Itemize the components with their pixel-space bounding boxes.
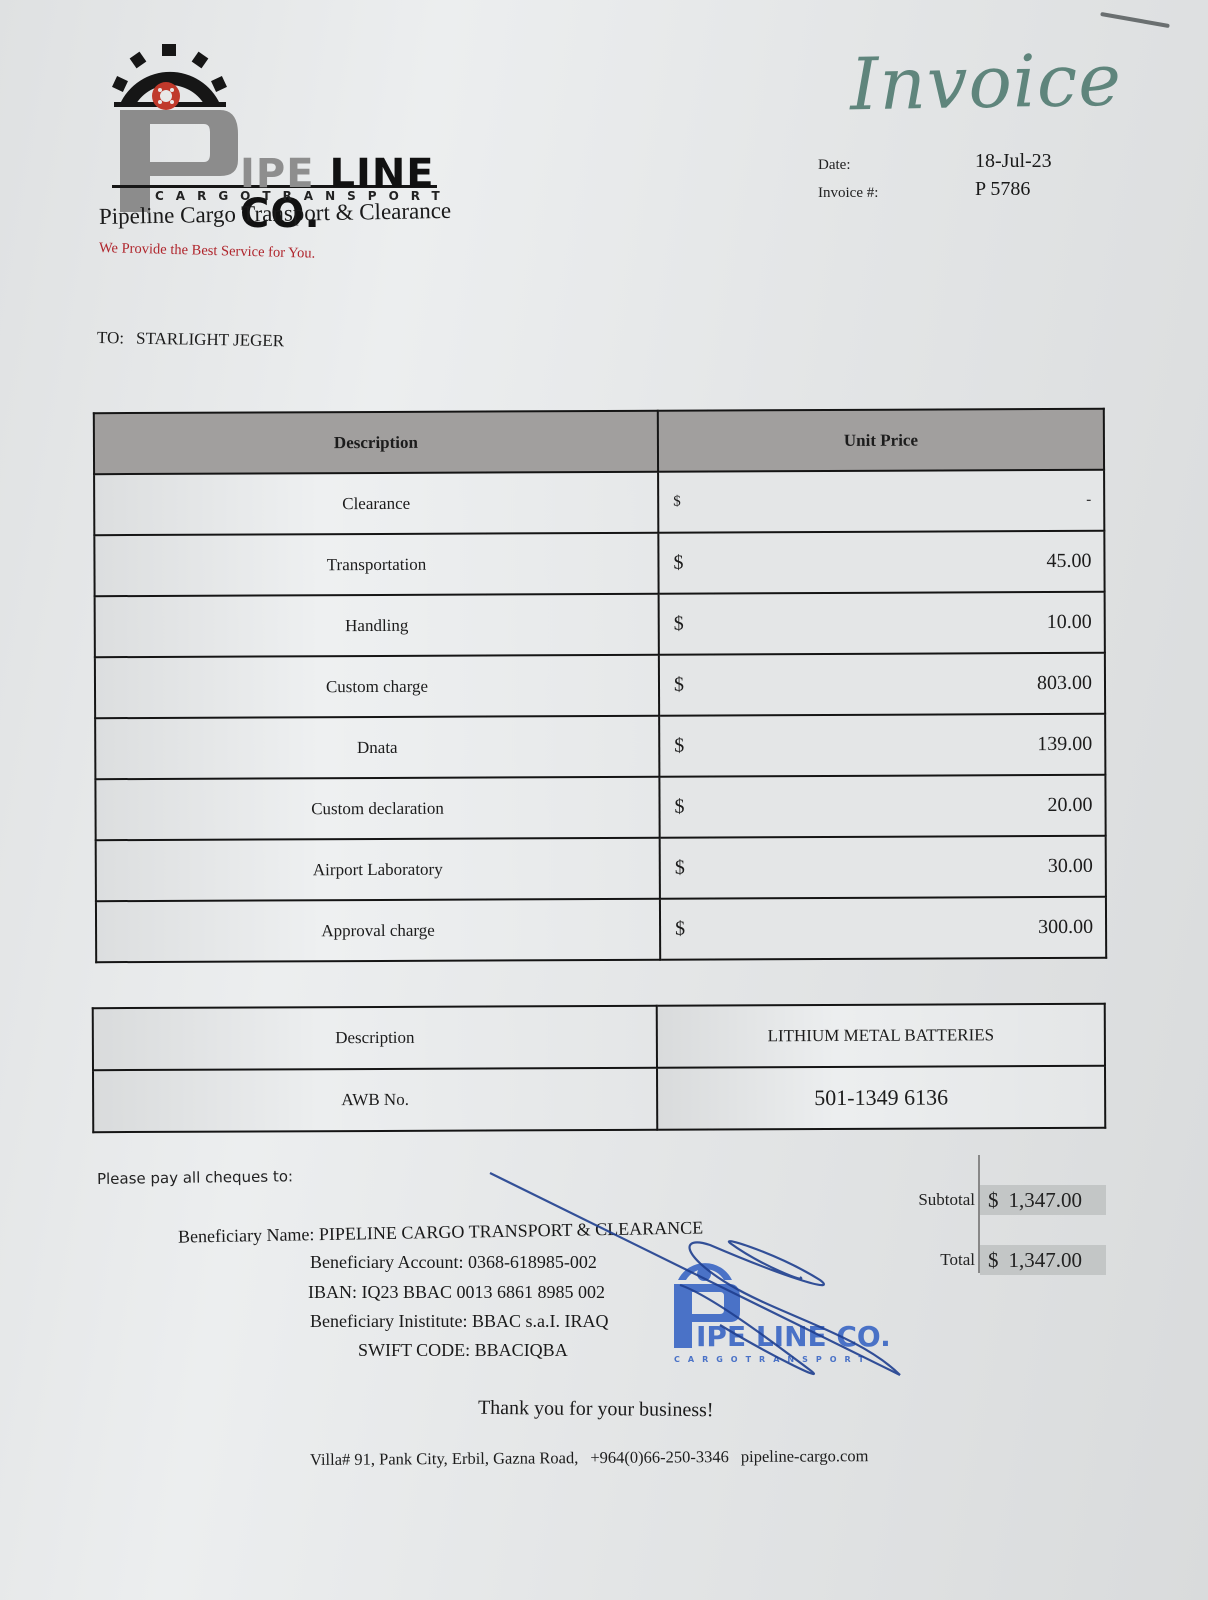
awb-number: 501-1349 6136 (657, 1066, 1105, 1130)
line-item-amount: - (1086, 492, 1091, 509)
awb-label: AWB No. (93, 1068, 657, 1132)
line-item-amount: 139.00 (1037, 733, 1092, 756)
date-value: 18-Jul-23 (975, 150, 1052, 173)
header-unit-price: Unit Price (658, 409, 1104, 472)
table-row: Custom declaration$20.00 (95, 775, 1105, 840)
table-row: AWB No. 501-1349 6136 (93, 1066, 1105, 1132)
table-row: Dnata$139.00 (95, 714, 1105, 779)
recipient: TO:STARLIGHT JEGER (97, 328, 284, 351)
line-item-description: Custom charge (95, 655, 659, 718)
line-item-description: Approval charge (96, 899, 660, 962)
table-row: Handling$10.00 (95, 592, 1105, 657)
table-row: Transportation$45.00 (94, 531, 1104, 596)
subtotal-value: $1,347.00 (980, 1185, 1106, 1215)
table-row: Airport Laboratory$30.00 (96, 836, 1106, 901)
line-item-price: $10.00 (659, 592, 1105, 655)
line-item-amount: 803.00 (1037, 672, 1092, 695)
table-row: Approval charge$300.00 (96, 897, 1106, 962)
currency-symbol: $ (674, 613, 684, 636)
currency-symbol: $ (673, 494, 681, 511)
line-item-description: Airport Laboratory (96, 838, 660, 901)
shipment-description-label: Description (93, 1006, 657, 1070)
company-tagline: We Provide the Best Service for You. (99, 240, 316, 263)
line-item-amount: 300.00 (1038, 916, 1093, 939)
invoice-number-value: P 5786 (975, 178, 1030, 201)
line-item-price: $30.00 (660, 836, 1106, 899)
footer-address: Villa# 91, Pank City, Erbil, Gazna Road, (310, 1448, 578, 1469)
line-item-price: $45.00 (658, 531, 1104, 594)
thank-you-message: Thank you for your business! (478, 1397, 714, 1422)
footer-website[interactable]: pipeline-cargo.com (741, 1446, 869, 1466)
line-item-description: Dnata (95, 716, 659, 779)
line-item-amount: 30.00 (1048, 855, 1093, 878)
table-row: Custom charge$803.00 (95, 653, 1105, 718)
line-item-description: Transportation (94, 533, 658, 596)
shipment-table: Description LITHIUM METAL BATTERIES AWB … (92, 1003, 1107, 1133)
pen-mark (1100, 12, 1170, 28)
recipient-name: STARLIGHT JEGER (136, 329, 284, 351)
payment-heading: Please pay all cheques to: (97, 1167, 293, 1188)
company-logo: IPE LINE CO. CARGOTRANSPORT (110, 42, 470, 222)
signature (480, 1165, 920, 1405)
date-label: Date: (818, 157, 850, 174)
table-row: Description LITHIUM METAL BATTERIES (93, 1004, 1105, 1070)
currency-symbol: $ (674, 735, 684, 758)
price-table-header: Description Unit Price (94, 409, 1104, 474)
currency-symbol: $ (675, 918, 685, 941)
line-item-price: $20.00 (659, 775, 1105, 838)
line-item-description: Clearance (94, 472, 658, 535)
currency-symbol: $ (673, 552, 683, 575)
price-table: Description Unit Price Clearance$-Transp… (93, 408, 1107, 963)
line-item-price: $139.00 (659, 714, 1105, 777)
line-item-description: Handling (95, 594, 659, 657)
shipment-description-value: LITHIUM METAL BATTERIES (657, 1004, 1105, 1068)
invoice-title: Invoice (849, 38, 1122, 127)
line-item-price: $300.00 (660, 897, 1106, 960)
footer-phone: +964(0)66-250-3346 (590, 1447, 729, 1467)
invoice-page: IPE LINE CO. CARGOTRANSPORT Pipeline Car… (0, 0, 1208, 1600)
currency-symbol: $ (675, 857, 685, 880)
line-item-description: Custom declaration (95, 777, 659, 840)
line-item-amount: 10.00 (1047, 611, 1092, 634)
total-value: $1,347.00 (980, 1245, 1106, 1275)
invoice-number-label: Invoice #: (818, 185, 878, 202)
currency-symbol: $ (674, 796, 684, 819)
header-description: Description (94, 411, 658, 474)
line-item-price: $803.00 (659, 653, 1105, 716)
line-item-amount: 45.00 (1046, 550, 1091, 573)
line-item-amount: 20.00 (1047, 794, 1092, 817)
currency-symbol: $ (674, 674, 684, 697)
footer-contact: Villa# 91, Pank City, Erbil, Gazna Road,… (310, 1446, 881, 1470)
table-row: Clearance$- (94, 470, 1104, 535)
line-item-price: $- (658, 470, 1104, 533)
recipient-label: TO: (97, 328, 124, 347)
